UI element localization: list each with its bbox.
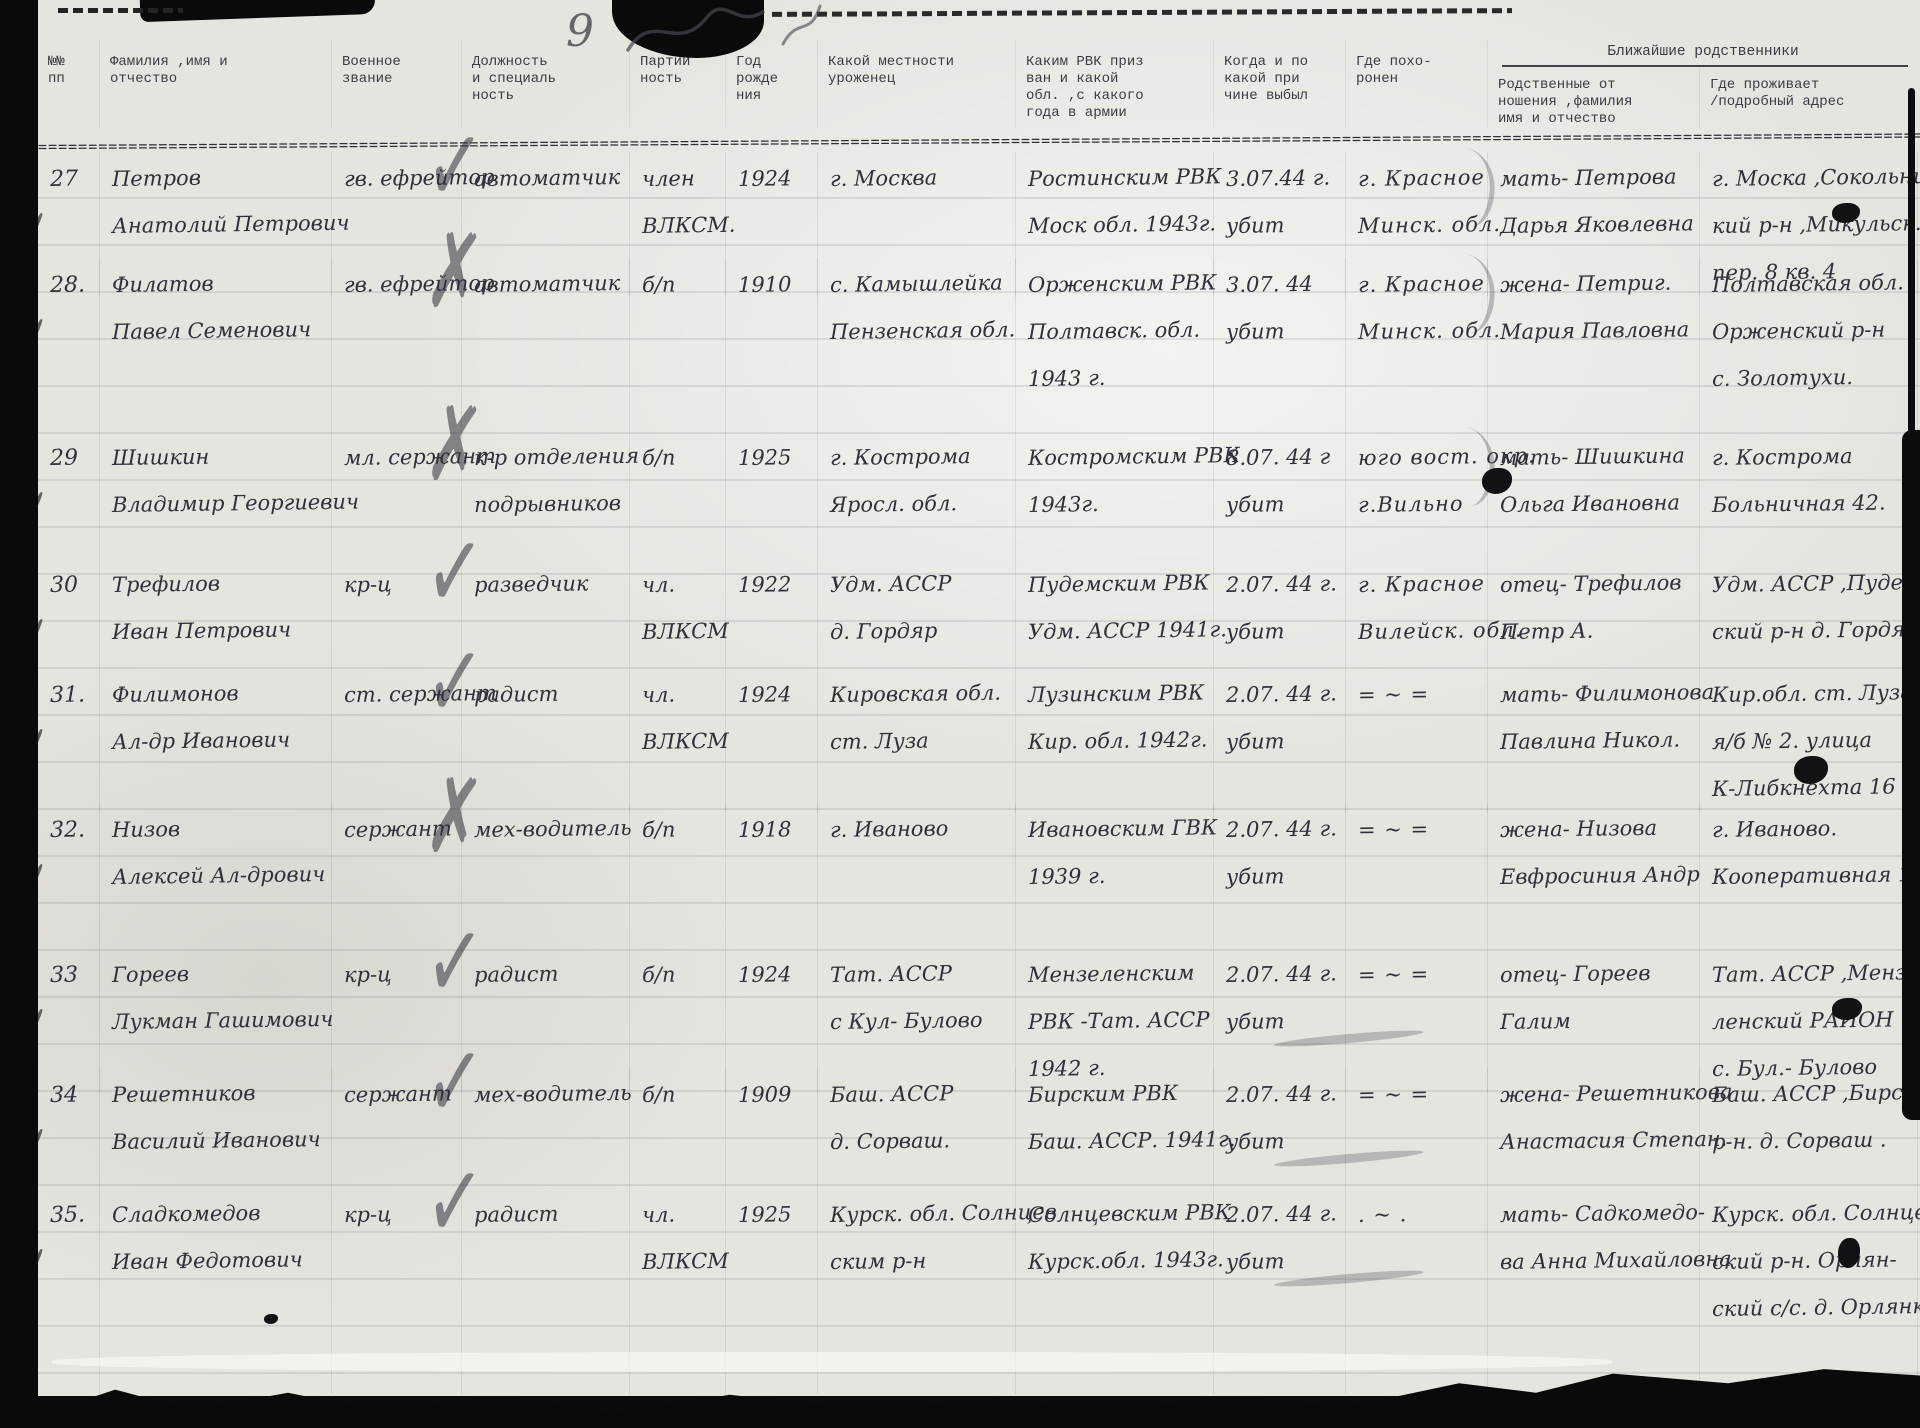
handwritten-text: ВЛКСМ.: [642, 202, 722, 250]
table-body: 27ПетровАнатолий Петровичгв. ефрейторавт…: [38, 152, 1920, 1394]
cell-when: 2.07. 44 г.убит: [1214, 668, 1346, 813]
cell-origin: Баш. АССРд. Сорваш.: [818, 1068, 1016, 1188]
handwritten-text: = ~ =: [1358, 1070, 1484, 1119]
relatives-group-title: Ближайшие родственники: [1488, 40, 1918, 60]
header-label: ность: [640, 71, 723, 88]
cell-address: Баш. АССР ,Бирскийр-н. д. Сорваш .: [1700, 1068, 1918, 1188]
handwritten-text: Яросл. обл.: [830, 479, 1012, 529]
handwritten-text: 8.07. 44 г: [1226, 433, 1342, 482]
handwritten-text: Удм. АССР 1941г.: [1028, 606, 1210, 656]
cell-party: чл.ВЛКСМ: [630, 668, 726, 813]
header-label: Родственные от: [1498, 77, 1697, 94]
cell-origin: Удм. АССРд. Гордяр: [818, 558, 1016, 668]
handwritten-text: Анастасия Степан.: [1500, 1116, 1696, 1166]
handwritten-text: жена- Низова: [1500, 804, 1696, 854]
cell-address: Полтавская обл.Орженский р-нс. Золотухи.: [1700, 258, 1918, 431]
handwritten-text: 1925: [738, 434, 814, 482]
handwritten-text: г. Кострома: [1712, 432, 1914, 482]
header-label: обл. ,с какого: [1026, 88, 1211, 105]
handwritten-text: мать- Садкомедо-: [1500, 1189, 1696, 1239]
header-label: Фамилия ,имя и: [110, 54, 329, 71]
cell-buried: г. КрасноеВилейск. обл.: [1346, 558, 1488, 668]
handwritten-text: Полтавская обл.: [1712, 259, 1914, 309]
cell-party: б/п: [630, 431, 726, 558]
handwritten-text: отец- Трефилов: [1500, 559, 1696, 609]
handwritten-text: Кировская обл.: [830, 669, 1012, 719]
header-label: Где похо-: [1356, 54, 1485, 71]
header-label: Военное: [342, 54, 459, 71]
handwritten-text: Кир. обл. 1942г.: [1028, 716, 1210, 766]
handwritten-text: 1924: [738, 155, 814, 203]
header-label: ность: [472, 88, 627, 105]
cell-relative: мать- ФилимоноваПавлина Никол.: [1488, 668, 1700, 813]
scan-edge-right-wide: [1902, 430, 1920, 1120]
handwritten-text: Курск. обл. Солнцев: [1712, 1189, 1914, 1239]
handwritten-text: 1918: [738, 806, 814, 854]
cell-num: 32.: [38, 803, 100, 948]
handwritten-text: подрывников: [474, 480, 626, 529]
handwritten-text: б/п: [642, 951, 722, 999]
handwritten-text: Иван Федотович: [112, 1236, 328, 1286]
handwritten-text: РВК -Тат. АССР: [1028, 996, 1210, 1046]
handwritten-text: 1943 г.: [1028, 353, 1210, 403]
header-label: ван и какой: [1026, 71, 1211, 88]
top-pen-scribble: 9: [558, 0, 878, 62]
header-label: рожде: [736, 71, 815, 88]
handwritten-text: 1939 г.: [1028, 851, 1210, 901]
header-col-relative: Родственные отношения ,фамилияимя и отче…: [1488, 67, 1700, 128]
header-label: ния: [736, 88, 815, 105]
handwritten-text: 1943г.: [1028, 479, 1210, 529]
handwritten-text: Ростинским РВК: [1028, 153, 1210, 203]
handwritten-text: 2.07. 44 г.: [1226, 670, 1342, 719]
table-row: 33ГореевЛукман Гашимовичкр-црадист✓б/п19…: [38, 948, 1920, 1068]
handwritten-text: Орженским РВК: [1028, 259, 1210, 309]
handwritten-text: Павел Семенович: [112, 306, 328, 356]
header-relatives-group: Ближайшие родственникиРодственные отноше…: [1488, 40, 1918, 128]
handwritten-text: мать- Филимонова: [1500, 669, 1696, 719]
pen-checkmark-icon: ✗: [423, 760, 487, 878]
header-col-address: Где проживает/подробный адрес: [1700, 67, 1918, 128]
handwritten-text: Баш. АССР ,Бирский: [1712, 1069, 1914, 1119]
cell-origin: с. КамышлейкаПензенская обл.: [818, 258, 1016, 431]
handwritten-text: мех-водитель: [474, 1070, 626, 1119]
handwritten-text: б/п: [642, 1071, 722, 1119]
cell-num: 28.: [38, 258, 100, 431]
handwritten-text: 1924: [738, 951, 814, 999]
handwritten-text: убит: [1226, 307, 1342, 356]
handwritten-text: Моск обл. 1943г.: [1028, 200, 1210, 250]
handwritten-text: Больничная 42.: [1712, 479, 1914, 529]
handwritten-text: с. Камышлейка: [830, 259, 1012, 309]
handwritten-text: 35.: [50, 1191, 96, 1239]
handwritten-text: Мензеленским: [1028, 949, 1210, 999]
handwritten-text: 33: [50, 951, 96, 999]
handwritten-text: Дарья Яковлевна: [1500, 200, 1696, 250]
handwritten-text: убит: [1226, 852, 1342, 901]
handwritten-text: член: [642, 155, 722, 203]
cell-num: 31.: [38, 668, 100, 813]
handwritten-text: б/п: [642, 261, 722, 309]
handwritten-text: Курск. обл. Солнцев: [830, 1189, 1012, 1239]
handwritten-text: г. Иваново.: [1712, 804, 1914, 854]
table-row: 28.ФилатовПавел Семеновичгв. ефрейторавт…: [38, 258, 1920, 431]
handwritten-text: Сладкомедов: [112, 1189, 328, 1239]
handwritten-text: Удм. АССР: [830, 559, 1012, 609]
handwritten-text: р-н. д. Сорваш .: [1712, 1116, 1914, 1166]
cell-position: мех-водитель✓: [462, 1068, 630, 1188]
handwritten-text: Пензенская обл.: [830, 306, 1012, 356]
handwritten-text: Ал-др Иванович: [112, 716, 328, 766]
header-label: Когда и по: [1224, 54, 1343, 71]
handwritten-text: 3.07. 44: [1226, 260, 1342, 309]
handwritten-text: д. Сорваш.: [830, 1116, 1012, 1166]
cell-address: Кир.обл. ст. Лузая/б № 2. улицаК-Либкнех…: [1700, 668, 1918, 813]
handwritten-text: г. Кострома: [830, 432, 1012, 482]
handwritten-text: ВЛКСМ: [642, 718, 722, 766]
cell-buried: г. КрасноеМинск. обл.: [1346, 258, 1488, 431]
handwritten-text: 2.07. 44 г.: [1226, 1070, 1342, 1119]
header-col-num: №№пп: [38, 40, 100, 128]
cell-birth: 1910: [726, 258, 818, 431]
handwritten-text: Ольга Ивановна: [1500, 479, 1696, 529]
cell-position: автоматчик✗: [462, 258, 630, 431]
cell-rvk: Орженским РВКПолтавск. обл.1943 г.: [1016, 258, 1214, 431]
table-row: 30ТрефиловИван Петровичкр-цразведчик✓чл.…: [38, 558, 1920, 668]
handwritten-text: ВЛКСМ: [642, 1238, 722, 1286]
handwritten-text: чл.: [642, 671, 722, 719]
handwritten-text: чл.: [642, 1191, 722, 1239]
cell-position: разведчик✓: [462, 558, 630, 668]
handwritten-text: 29: [50, 434, 96, 482]
pen-checkmark-icon: ✓: [423, 905, 487, 1023]
handwritten-text: Анатолий Петрович: [112, 200, 328, 250]
handwritten-text: убит: [1226, 480, 1342, 529]
handwritten-text: Иван Петрович: [112, 606, 328, 656]
handwritten-text: автоматчик: [474, 260, 626, 309]
cell-rvk: Лузинским РВККир. обл. 1942г.: [1016, 668, 1214, 813]
cell-birth: 1909: [726, 1068, 818, 1188]
header-label: Каким РВК приз: [1026, 54, 1211, 71]
handwritten-text: 3.07.44 г.: [1226, 154, 1342, 203]
handwritten-text: 1925: [738, 1191, 814, 1239]
handwritten-text: 31.: [50, 671, 96, 719]
cell-birth: 1924: [726, 668, 818, 813]
pen-checkmark-icon: ✗: [423, 215, 487, 333]
handwritten-text: Удм. АССР ,Пудем-: [1712, 559, 1914, 609]
cell-when: 3.07. 44убит: [1214, 258, 1346, 431]
header-col-buried: Где похо-ронен: [1346, 40, 1488, 128]
header-label: звание: [342, 71, 459, 88]
handwritten-text: Евфросиния Андр: [1500, 851, 1696, 901]
handwritten-text: 32.: [50, 806, 96, 854]
handwritten-text: 2.07. 44 г.: [1226, 560, 1342, 609]
handwritten-text: радист: [474, 670, 626, 719]
handwritten-text: 28.: [50, 261, 96, 309]
handwritten-text: Баш. АССР. 1941г.: [1028, 1116, 1210, 1166]
handwritten-text: Костромским РВК: [1028, 432, 1210, 482]
cell-relative: мать- ШишкинаОльга Ивановна: [1488, 431, 1700, 558]
cell-buried: = ~ =: [1346, 1068, 1488, 1188]
cell-relative: отец- ТрефиловПетр А.: [1488, 558, 1700, 668]
cell-origin: Кировская обл.ст. Луза: [818, 668, 1016, 813]
table-row: 29ШишкинВладимир Георгиевичмл. сержантк-…: [38, 431, 1920, 558]
table-row: 27ПетровАнатолий Петровичгв. ефрейторавт…: [38, 152, 1920, 258]
handwritten-text: Шишкин: [112, 432, 328, 482]
cell-name: ФилатовПавел Семенович: [100, 258, 332, 431]
handwritten-text: жена- Решетникова: [1500, 1069, 1696, 1119]
cell-relative: жена- Петриг.Мария Павловна: [1488, 258, 1700, 431]
handwritten-text: Филимонов: [112, 669, 328, 719]
header-label: какой при: [1224, 71, 1343, 88]
handwritten-text: . ~ .: [1358, 1190, 1484, 1239]
handwritten-text: разведчик: [474, 560, 626, 609]
header-label: ношения ,фамилия: [1498, 94, 1697, 111]
header-col-rvk: Каким РВК призван и какойобл. ,с какогог…: [1016, 40, 1214, 128]
cell-relative: жена- НизоваЕвфросиния Андр: [1488, 803, 1700, 948]
handwritten-text: убит: [1226, 717, 1342, 766]
handwritten-text: = ~ =: [1358, 805, 1484, 854]
table-header: №№ппФамилия ,имя иотчествоВоенноезваниеД…: [38, 0, 1920, 128]
scanned-document-page: 9 №№ппФамилия ,имя иотчествоВоенноезвани…: [0, 0, 1920, 1428]
header-label: №№: [48, 54, 97, 71]
cell-name: РешетниковВасилий Иванович: [100, 1068, 332, 1188]
handwritten-text: Орженский р-н: [1712, 306, 1914, 356]
handwritten-text: Тат. АССР: [830, 949, 1012, 999]
handwritten-text: Петр А.: [1500, 606, 1696, 656]
handwritten-text: радист: [474, 950, 626, 999]
cell-num: 29: [38, 431, 100, 558]
pen-checkmark-icon: ✓: [423, 1025, 487, 1143]
cell-origin: г. Иваново: [818, 803, 1016, 948]
cell-when: 2.07. 44 г.убит: [1214, 1068, 1346, 1188]
handwritten-text: мать- Петрова: [1500, 153, 1696, 203]
handwritten-text: Вилейск. обл.: [1358, 607, 1484, 656]
cell-buried: = ~ =: [1346, 668, 1488, 813]
handwritten-text: = ~ =: [1358, 950, 1484, 999]
header-label: чине выбыл: [1224, 88, 1343, 105]
paper-sheet: 9 №№ппФамилия ,имя иотчествоВоенноезвани…: [38, 0, 1920, 1396]
cell-position: мех-водитель✗: [462, 803, 630, 948]
cell-name: ТрефиловИван Петрович: [100, 558, 332, 668]
cell-rvk: Пудемским РВКУдм. АССР 1941г.: [1016, 558, 1214, 668]
cell-name: НизовАлексей Ал-дрович: [100, 803, 332, 948]
header-label: уроженец: [828, 71, 1013, 88]
handwritten-text: мать- Шишкина: [1500, 432, 1696, 482]
handwritten-text: г. Красное: [1358, 560, 1484, 609]
cell-birth: 1918: [726, 803, 818, 948]
handwritten-text: Пудемским РВК: [1028, 559, 1210, 609]
handwritten-text: жена- Петриг.: [1500, 259, 1696, 309]
cell-num: 30: [38, 558, 100, 668]
handwritten-text: Мария Павловна: [1500, 306, 1696, 356]
header-label: имя и отчество: [1498, 111, 1697, 128]
cell-num: 34: [38, 1068, 100, 1188]
handwritten-text: г. Москва: [830, 153, 1012, 203]
handwritten-text: ским р-н: [830, 1236, 1012, 1286]
header-label: и специаль: [472, 71, 627, 88]
header-label: отчество: [110, 71, 329, 88]
cell-address: Удм. АССР ,Пудем-ский р-н д. Гордяр.: [1700, 558, 1918, 668]
cell-rvk: Бирским РВКБаш. АССР. 1941г.: [1016, 1068, 1214, 1188]
table-row: 32.НизовАлексей Ал-дровичсержантмех-води…: [38, 803, 1920, 948]
handwritten-text: Баш. АССР: [830, 1069, 1012, 1119]
handwritten-text: чл.: [642, 561, 722, 609]
handwritten-text: убит: [1226, 607, 1342, 656]
handwritten-text: Владимир Георгиевич: [112, 479, 328, 529]
handwritten-text: ский р-н. Орлян-: [1712, 1236, 1914, 1286]
header-label: /подробный адрес: [1710, 94, 1916, 111]
header-label: пп: [48, 71, 97, 88]
handwritten-text: 30: [50, 561, 96, 609]
header-label: Где проживает: [1710, 77, 1916, 94]
handwritten-text: б/п: [642, 806, 722, 854]
cell-position: радист✓: [462, 668, 630, 813]
handwritten-text: с. Золотухи.: [1712, 353, 1914, 403]
handwritten-text: Лузинским РВК: [1028, 669, 1210, 719]
cell-relative: жена- РешетниковаАнастасия Степан.: [1488, 1068, 1700, 1188]
handwritten-text: 1909: [738, 1071, 814, 1119]
cell-address: Курск. обл. Солнцевский р-н. Орлян-ский …: [1700, 1188, 1918, 1394]
cell-name: ФилимоновАл-др Иванович: [100, 668, 332, 813]
cell-buried: = ~ =: [1346, 803, 1488, 948]
handwritten-text: Трефилов: [112, 559, 328, 609]
header-label: года в армии: [1026, 105, 1211, 122]
handwritten-text: Низов: [112, 804, 328, 854]
handwritten-text: Кооперативная 11: [1712, 851, 1914, 901]
torn-paper-bottom-edge: [52, 1352, 1612, 1372]
handwritten-text: 2.07. 44 г.: [1226, 805, 1342, 854]
handwritten-text: автоматчик: [474, 154, 626, 203]
handwritten-text: Солнцевским РВК: [1028, 1189, 1210, 1239]
pen-checkmark-icon: ✗: [423, 388, 487, 506]
handwritten-text: убит: [1226, 201, 1342, 250]
handwritten-text: отец- Гореев: [1500, 949, 1696, 999]
handwritten-text: к-р отделения: [474, 433, 626, 482]
handwritten-text: ст. Луза: [830, 716, 1012, 766]
handwritten-text: 34: [50, 1071, 96, 1119]
cell-birth: 1925: [726, 431, 818, 558]
handwritten-text: = ~ =: [1358, 670, 1484, 719]
handwritten-text: Павлина Никол.: [1500, 716, 1696, 766]
scan-edge-left: [0, 0, 38, 1428]
handwritten-text: Кир.обл. ст. Луза: [1712, 669, 1914, 719]
cell-when: 2.07. 44 г.убит: [1214, 803, 1346, 948]
scan-dashed-rule-top-left: [58, 8, 183, 13]
handwritten-text: ВЛКСМ: [642, 608, 722, 656]
cell-when: 2.07. 44 г.убит: [1214, 558, 1346, 668]
handwritten-text: ва Анна Михайловна: [1500, 1236, 1696, 1286]
handwritten-text: Тат. АССР ,Мензе-: [1712, 949, 1914, 999]
handwritten-text: д. Гордяр: [830, 606, 1012, 656]
cell-rvk: Костромским РВК1943г.: [1016, 431, 1214, 558]
handwritten-text: Решетников: [112, 1069, 328, 1119]
handwritten-text: Алексей Ал-дрович: [112, 851, 328, 901]
handwritten-text: Курск.обл. 1943г.: [1028, 1236, 1210, 1286]
scan-edge-right-thin: [1908, 88, 1915, 433]
cell-origin: г. КостромаЯросл. обл.: [818, 431, 1016, 558]
cell-name: ШишкинВладимир Георгиевич: [100, 431, 332, 558]
handwritten-text: Галим: [1500, 996, 1696, 1046]
handwritten-text: ский р-н д. Гордяр.: [1712, 606, 1914, 656]
header-col-name: Фамилия ,имя иотчество: [100, 40, 332, 128]
header-label: ронен: [1356, 71, 1485, 88]
handwritten-text: 1924: [738, 671, 814, 719]
handwritten-text: Бирским РВК: [1028, 1069, 1210, 1119]
handwritten-text: кий р-н ,Микульск.: [1712, 200, 1914, 250]
handwritten-text: Гореев: [112, 949, 328, 999]
handwritten-text: Филатов: [112, 259, 328, 309]
cell-when: 8.07. 44 губит: [1214, 431, 1346, 558]
scribble-digit: 9: [566, 6, 594, 57]
handwritten-text: Лукман Гашимович: [112, 996, 328, 1046]
handwritten-text: 27: [50, 155, 96, 203]
table-row: 34РешетниковВасилий Ивановичсержантмех-в…: [38, 1068, 1920, 1188]
handwritten-text: с Кул- Булово: [830, 996, 1012, 1046]
cell-buried: юго вост. окр.г.Вильно: [1346, 431, 1488, 558]
handwritten-text: Полтавск. обл.: [1028, 306, 1210, 356]
handwritten-text: Ивановским ГВК: [1028, 804, 1210, 854]
handwritten-text: радист: [474, 1190, 626, 1239]
handwritten-text: 1910: [738, 261, 814, 309]
cell-birth: 1922: [726, 558, 818, 668]
handwritten-text: 1922: [738, 561, 814, 609]
pen-checkmark-icon: ✓: [423, 625, 487, 743]
handwritten-text: 2.07. 44 г.: [1226, 1190, 1342, 1239]
handwritten-text: мех-водитель: [474, 805, 626, 854]
handwritten-text: Петров: [112, 153, 328, 203]
cell-address: г. Иваново.Кооперативная 11: [1700, 803, 1918, 948]
handwritten-text: б/п: [642, 434, 722, 482]
cell-party: б/п: [630, 803, 726, 948]
cell-party: б/п: [630, 1068, 726, 1188]
handwritten-text: г. Моска ,Сокольниц-: [1712, 153, 1914, 203]
cell-party: б/п: [630, 258, 726, 431]
handwritten-text: ленский РАЙОН: [1712, 996, 1914, 1046]
cell-party: чл.ВЛКСМ: [630, 558, 726, 668]
cell-address: г. КостромаБольничная 42.: [1700, 431, 1918, 558]
header-col-when: Когда и покакой причине выбыл: [1214, 40, 1346, 128]
table-row: 31.ФилимоновАл-др Ивановичст. сержантрад…: [38, 668, 1920, 803]
pen-checkmark-icon: ✓: [423, 1145, 487, 1263]
handwritten-text: г. Иваново: [830, 804, 1012, 854]
handwritten-text: Василий Иванович: [112, 1116, 328, 1166]
handwritten-text: ский с/с. д. Орлянка: [1712, 1283, 1914, 1333]
handwritten-text: 2.07. 44 г.: [1226, 950, 1342, 999]
cell-rvk: Ивановским ГВК1939 г.: [1016, 803, 1214, 948]
cell-position: к-р отделенияподрывников✗: [462, 431, 630, 558]
